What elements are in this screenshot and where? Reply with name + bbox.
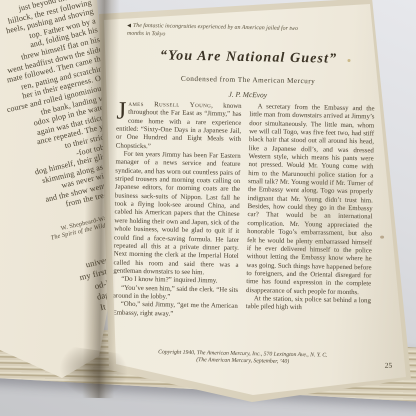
open-book-photo: just beyond the figure hillock, the rest… <box>0 0 416 416</box>
bottom-crease-shadow <box>53 345 133 405</box>
article-title: “You Are National Guest” <box>114 47 382 68</box>
paragraph: For ten years Jimmy has been Far Eastern… <box>113 151 240 279</box>
pointer-icon: ◀ <box>127 24 131 29</box>
lede-paragraph: James Russell Young, known throughout th… <box>116 101 242 153</box>
lede-rest: known throughout the Far East as “Jimmy,… <box>116 102 242 150</box>
page-number: 25 <box>385 361 393 370</box>
editor-note-text: The fantastic incongruities experienced … <box>127 23 298 38</box>
speck <box>380 236 384 239</box>
column-left: James Russell Young, known throughout th… <box>113 101 242 320</box>
article-subtitle: Condensed from The American Mercury <box>114 73 382 86</box>
paragraph: “Oho,” said Jimmy, “get me the American … <box>113 301 238 320</box>
paragraph: At the station, six police sat behind a … <box>246 295 371 314</box>
editor-note: ◀The fantastic incongruities experienced… <box>127 23 299 41</box>
article-byline: J. P. McEvoy <box>114 87 382 101</box>
lede-smallcaps: ames Russell Young, <box>128 101 213 110</box>
speck <box>347 59 350 62</box>
book-gutter-shadow <box>82 0 120 398</box>
copyright-footer: Copyright 1940, The American Mercury, In… <box>109 348 377 366</box>
